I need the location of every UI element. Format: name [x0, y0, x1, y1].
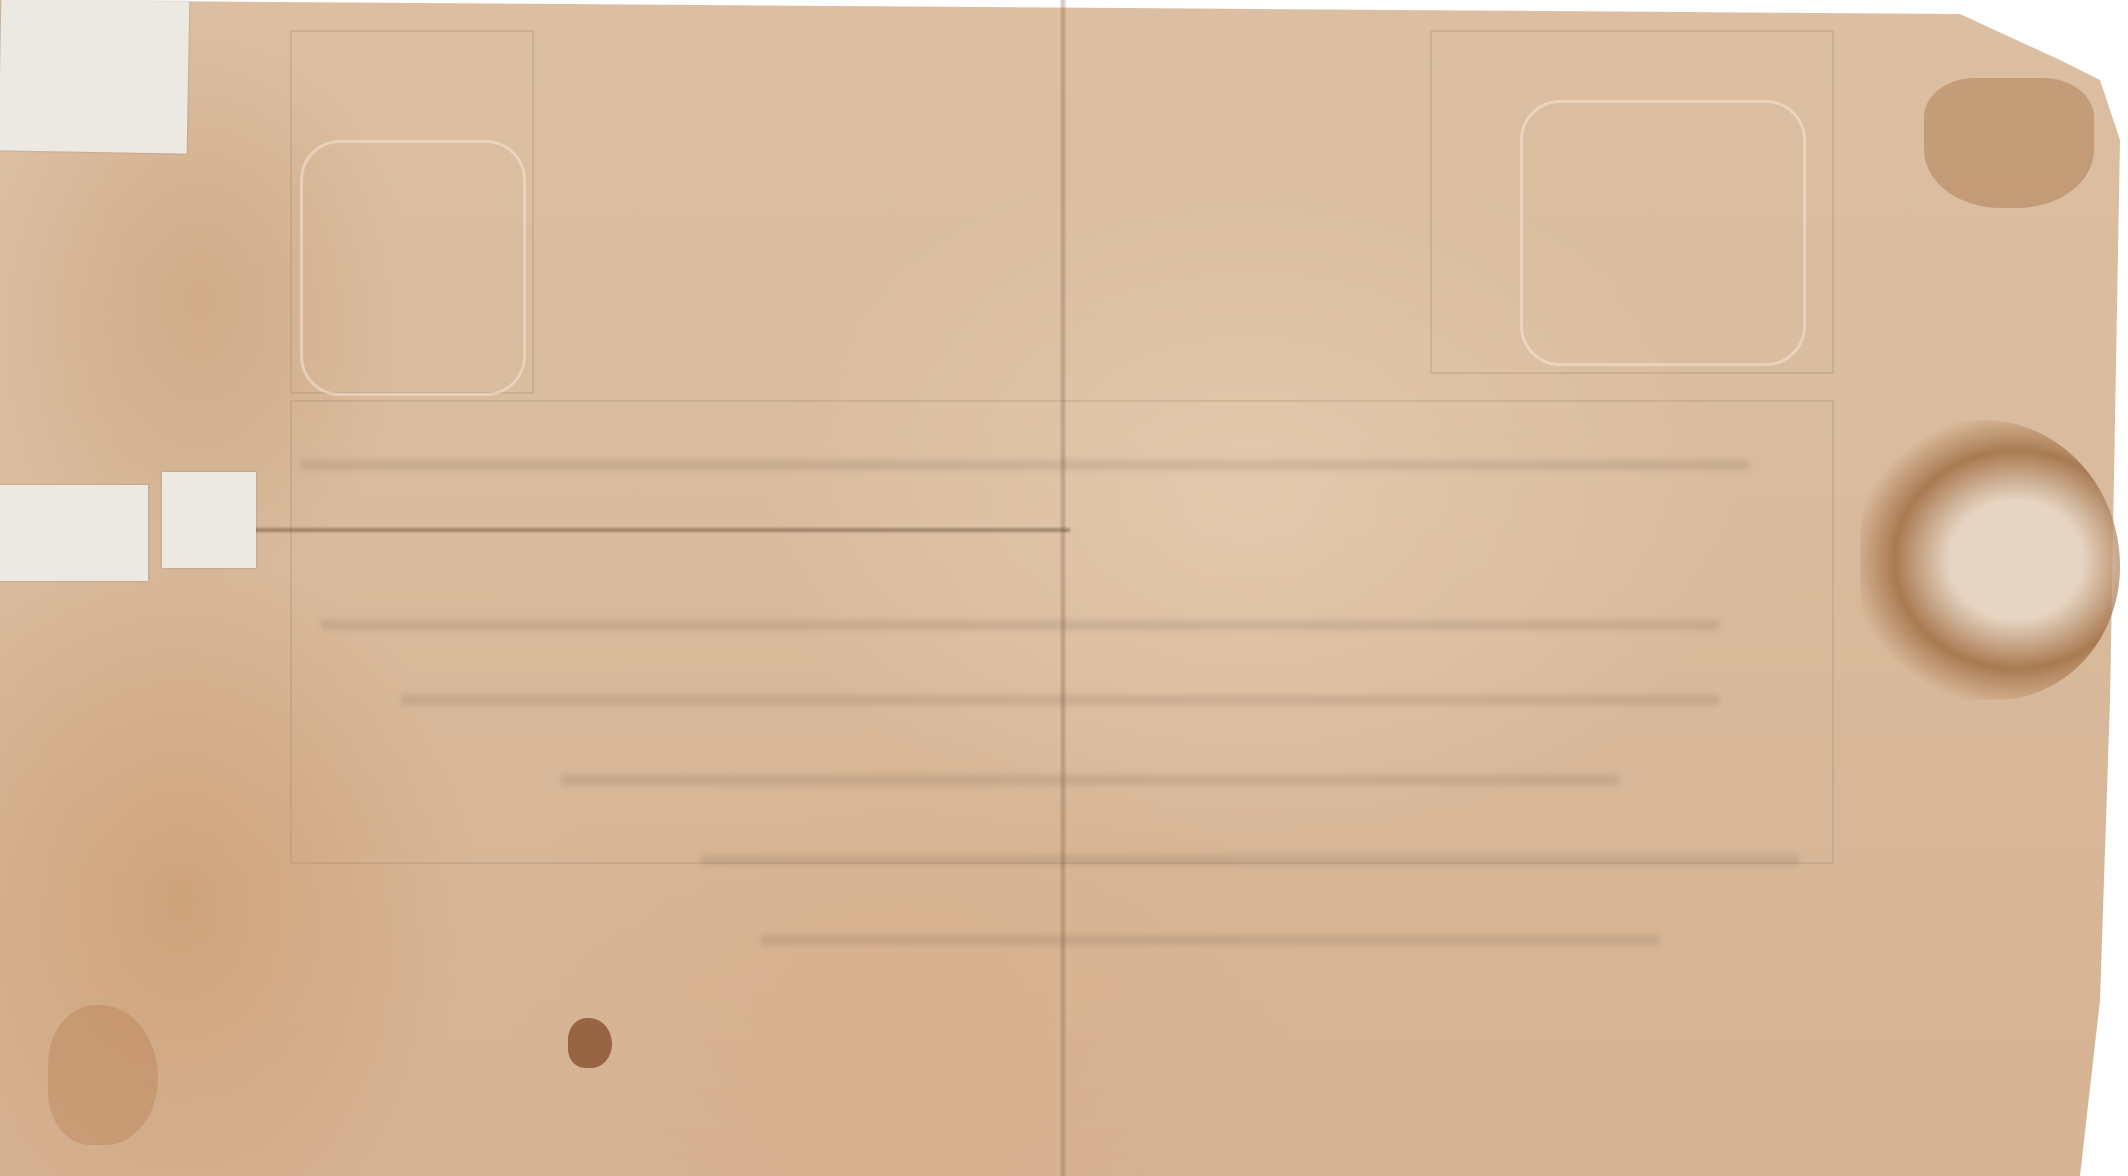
bleed-through-line	[400, 695, 1720, 705]
bleed-through-line	[320, 620, 1720, 630]
bleed-through-line	[760, 935, 1660, 945]
small-brown-spot	[568, 1018, 612, 1068]
embossed-seal-left	[300, 140, 526, 396]
paper-tab-top-left	[0, 0, 189, 154]
stain-bottom-left	[48, 1005, 158, 1145]
vertical-fold	[1060, 0, 1066, 1176]
horizontal-fold-crease	[250, 528, 1070, 532]
paper-tab-mid-left-2	[162, 472, 256, 568]
bleed-through-line	[560, 775, 1620, 785]
bleed-through-line	[700, 855, 1800, 865]
paper-tab-mid-left-1	[0, 485, 148, 581]
tape-stain-top-right	[1924, 78, 2094, 208]
bleed-through-line	[300, 460, 1750, 470]
embossed-seal-right	[1520, 100, 1806, 366]
